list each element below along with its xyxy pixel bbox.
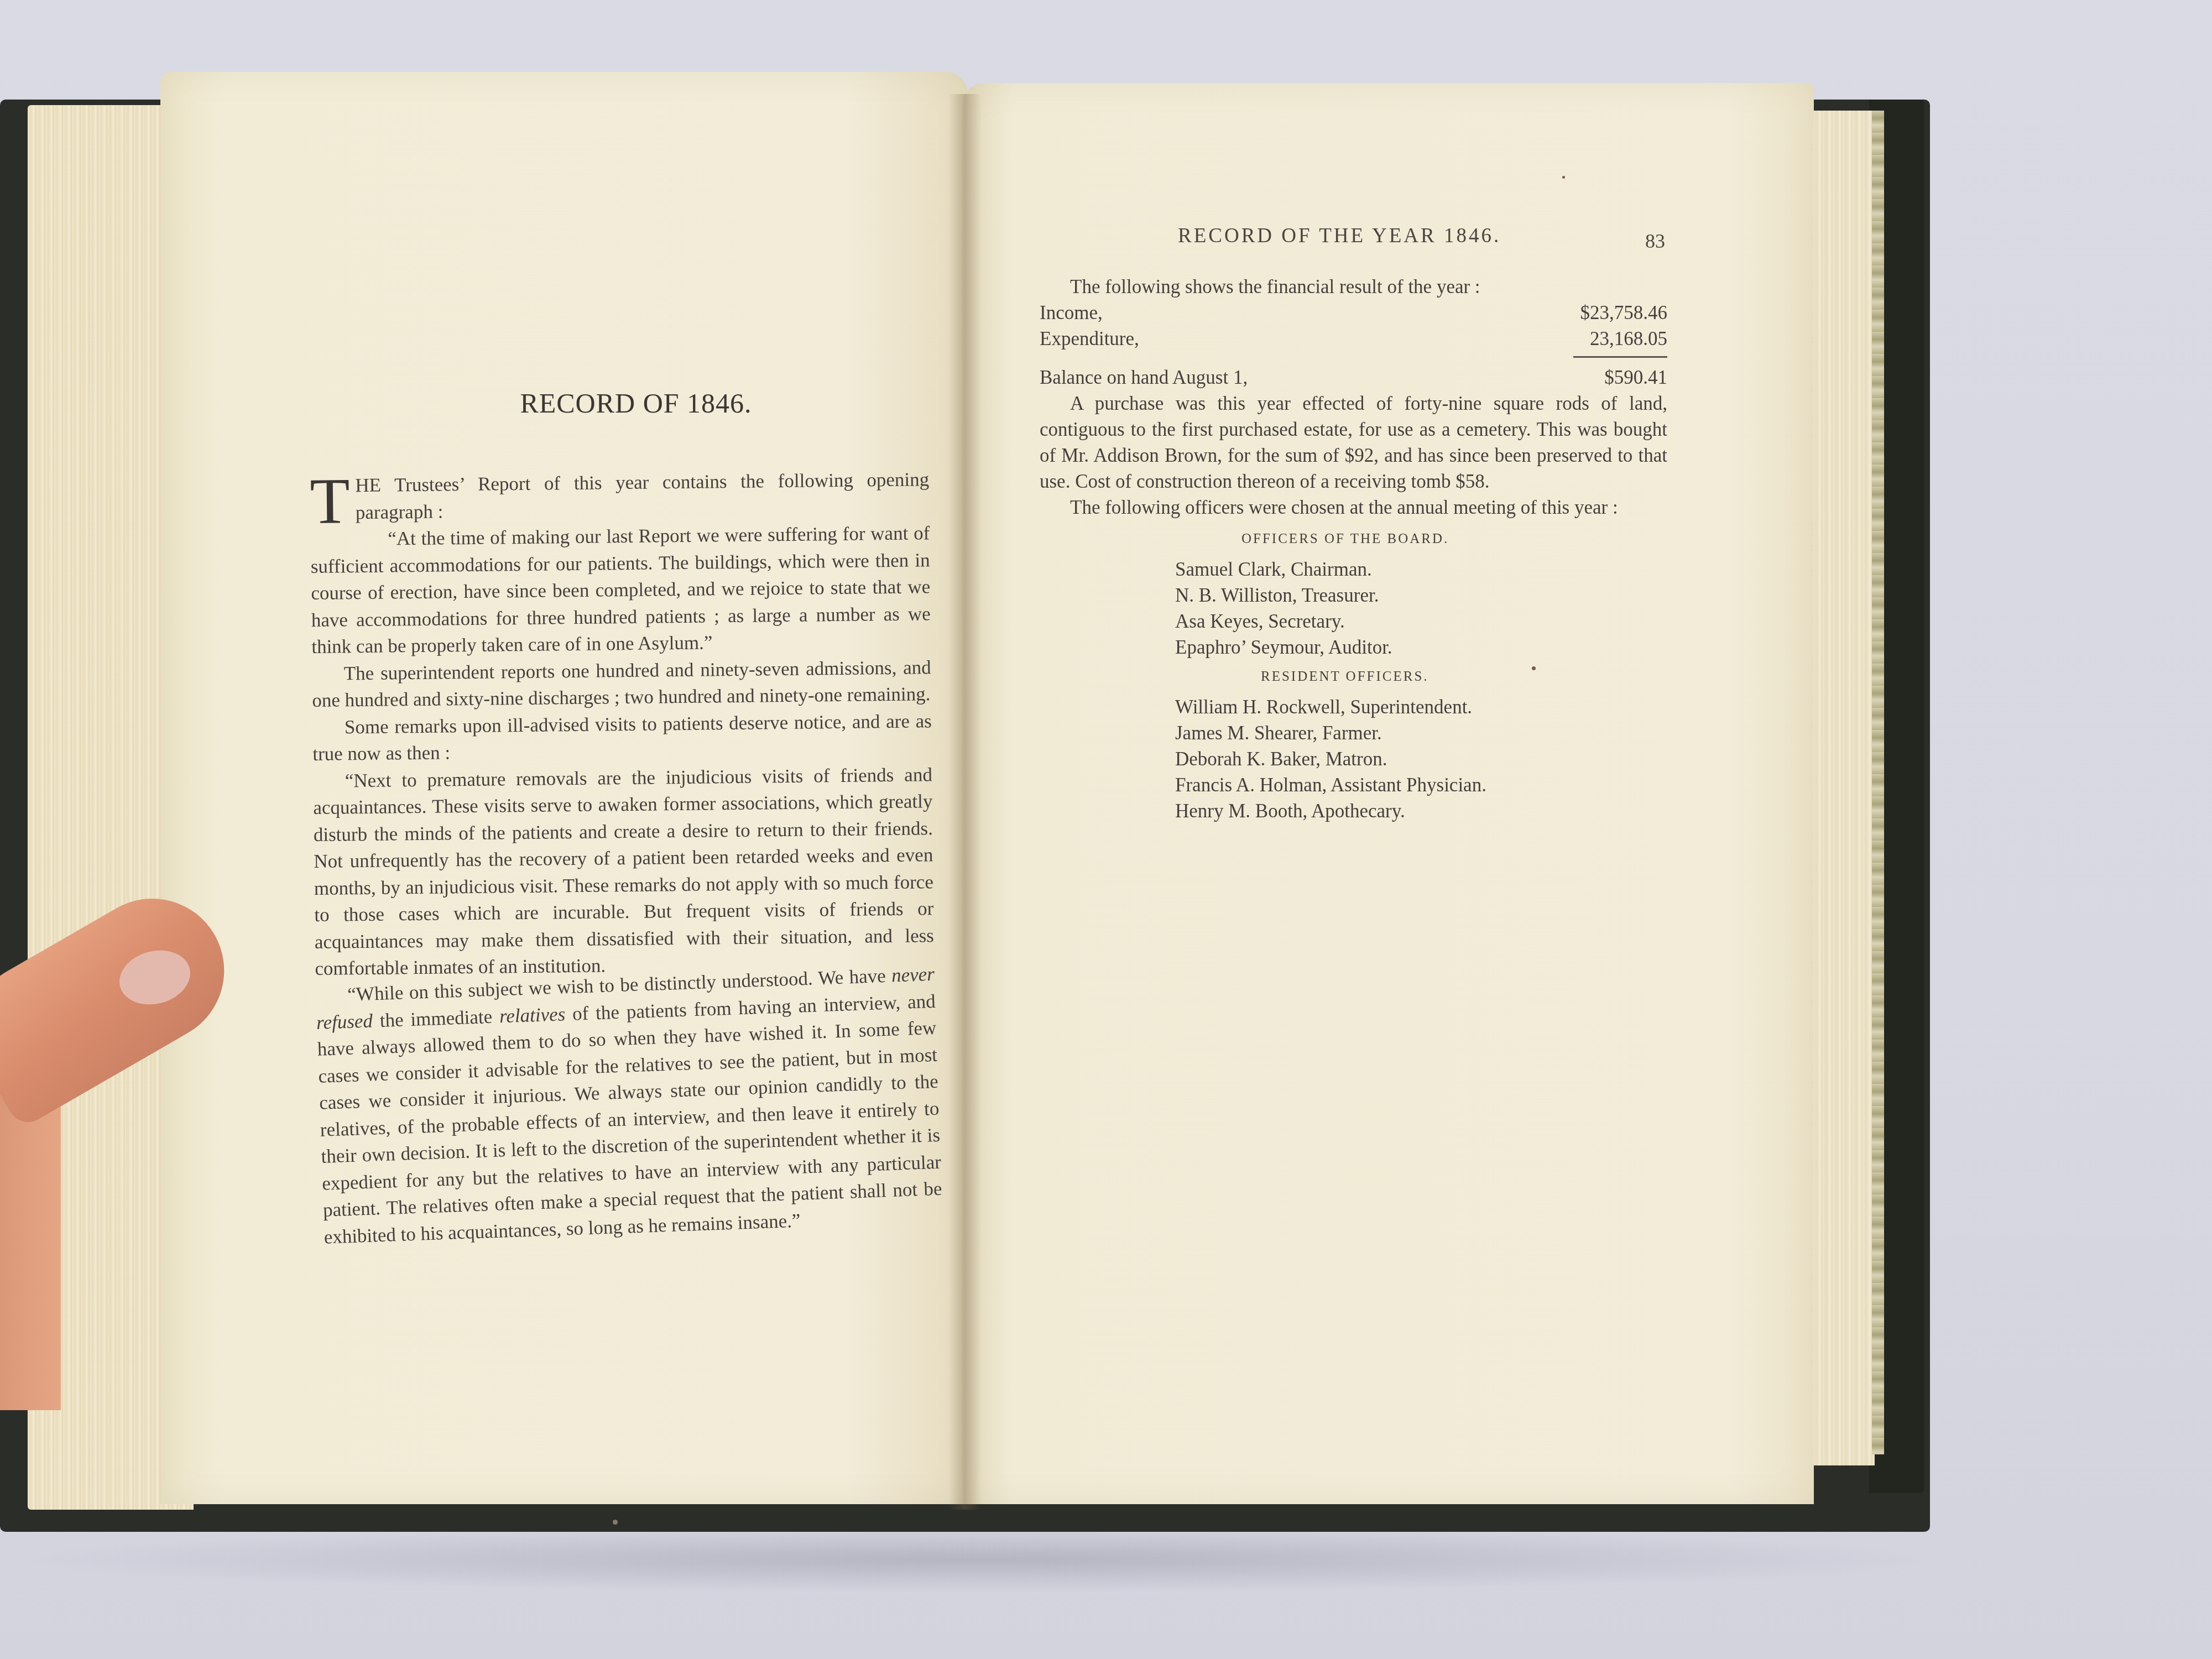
officer-entry: Deborah K. Baker, Matron. bbox=[1175, 746, 1667, 772]
italic-emphasis: relatives bbox=[499, 1003, 566, 1026]
paragraph-opening: THE Trustees’ Report of this year contai… bbox=[310, 466, 930, 526]
paragraph-relatives-interview: “While on this subject we wish to be dis… bbox=[315, 961, 943, 1250]
officer-entry: Francis A. Holman, Assistant Physician. bbox=[1175, 772, 1667, 798]
officers-list: OFFICERS OF THE BOARD. Samuel Clark, Cha… bbox=[1175, 526, 1667, 824]
officer-entry: N. B. Williston, Treasurer. bbox=[1175, 582, 1667, 608]
income-label: Income, bbox=[1040, 300, 1103, 326]
running-head: RECORD OF THE YEAR 1846. bbox=[1178, 224, 1501, 248]
marbled-endpaper bbox=[1872, 111, 1884, 1454]
officer-entry: Asa Keyes, Secretary. bbox=[1175, 608, 1667, 634]
paragraph-injudicious-visits: “Next to premature removals are the inju… bbox=[313, 761, 935, 983]
expenditure-label: Expenditure, bbox=[1040, 326, 1139, 352]
drop-cap: T bbox=[310, 474, 350, 528]
financial-intro: The following shows the financial result… bbox=[1040, 274, 1667, 300]
expenditure-value: 23,168.05 bbox=[1590, 326, 1667, 352]
book-shadow bbox=[11, 1526, 1947, 1593]
officer-entry: William H. Rockwell, Superintendent. bbox=[1175, 694, 1667, 720]
paragraph-trustees-quote: “At the time of making our last Report w… bbox=[310, 520, 931, 660]
paragraph-officers-intro: The following officers were chosen at th… bbox=[1040, 494, 1667, 520]
left-page-body: THE Trustees’ Report of this year contai… bbox=[310, 466, 937, 1250]
financial-row-expenditure: Expenditure, 23,168.05 bbox=[1040, 326, 1667, 352]
sum-rule bbox=[1573, 356, 1667, 358]
paragraph-text: the immediate bbox=[372, 1005, 500, 1031]
financial-row-income: Income, $23,758.46 bbox=[1040, 300, 1667, 326]
book-gutter bbox=[948, 94, 982, 1510]
paragraph-visits-intro: Some remarks upon ill-advised visits to … bbox=[312, 708, 932, 768]
officer-entry: Henry M. Booth, Apothecary. bbox=[1175, 798, 1667, 824]
balance-value: $590.41 bbox=[1604, 364, 1667, 390]
officer-entry: Epaphro’ Seymour, Auditor. bbox=[1175, 634, 1667, 660]
chapter-title: RECORD OF 1846. bbox=[332, 387, 940, 419]
income-value: $23,758.46 bbox=[1580, 300, 1668, 326]
officer-entry: Samuel Clark, Chairman. bbox=[1175, 556, 1667, 582]
resident-officers-heading: RESIDENT OFFICERS. bbox=[1261, 664, 1667, 690]
officer-entry: James M. Shearer, Farmer. bbox=[1175, 720, 1667, 746]
paper-speck bbox=[1562, 176, 1565, 179]
paper-speck bbox=[613, 1520, 618, 1525]
paper-speck bbox=[1532, 666, 1536, 670]
balance-label: Balance on hand August 1, bbox=[1040, 364, 1248, 390]
paragraph-cemetery: A purchase was this year effected of for… bbox=[1040, 390, 1667, 494]
page-number: 83 bbox=[1645, 229, 1665, 253]
right-page-body: The following shows the financial result… bbox=[1040, 274, 1667, 824]
financial-row-balance: Balance on hand August 1, $590.41 bbox=[1040, 364, 1667, 390]
paragraph-admissions: The superintendent reports one hundred a… bbox=[312, 654, 932, 714]
paragraph-text: HE Trustees’ Report of this year contain… bbox=[355, 468, 929, 523]
board-officers-heading: OFFICERS OF THE BOARD. bbox=[1241, 526, 1667, 552]
